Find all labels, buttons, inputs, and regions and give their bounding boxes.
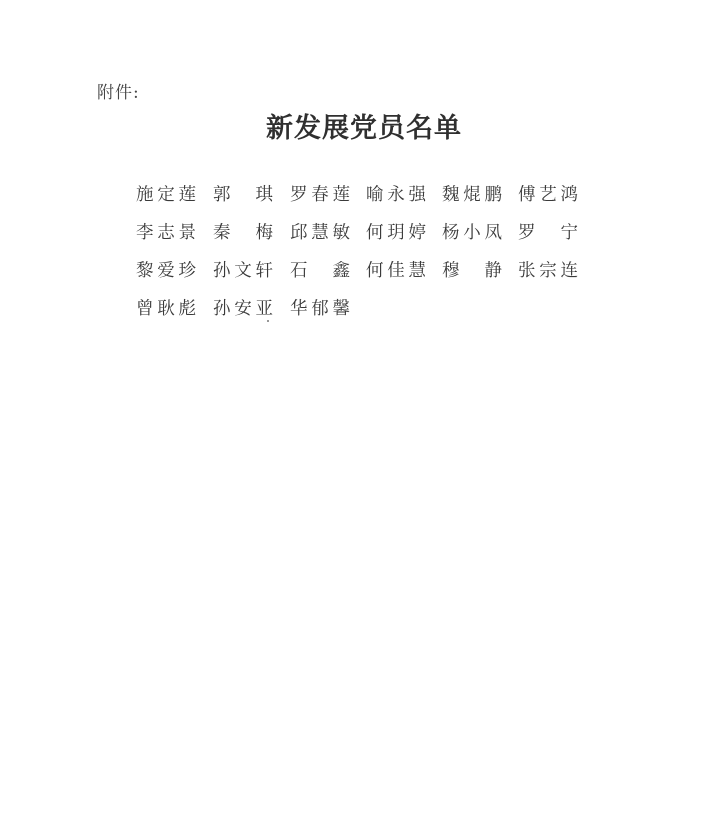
member-name: 何佳慧 (366, 257, 426, 282)
member-name: 曾耿彪 (136, 295, 196, 320)
member-name: 黎爱珍 (136, 257, 196, 282)
member-name: 何玥婷 (366, 219, 426, 244)
member-name: 郭琪 (213, 181, 273, 206)
member-name: 秦梅 (213, 219, 273, 244)
member-name: 杨小凤 (442, 219, 502, 244)
member-name: 石鑫 (290, 257, 350, 282)
member-name: 孙文轩 (213, 257, 273, 282)
member-name: 喻永强 (366, 181, 426, 206)
member-name: 华郁馨 (290, 295, 350, 320)
member-name: 罗春莲 (290, 181, 350, 206)
document-title: 新发展党员名单 (0, 106, 712, 145)
attachment-label: 附件: (97, 78, 140, 103)
member-name: 孙安亚 (213, 295, 273, 320)
member-name: 罗宁 (518, 219, 578, 244)
member-name: 魏焜鹏 (442, 181, 502, 206)
member-name: 张宗连 (518, 257, 578, 282)
member-name: 李志景 (136, 219, 196, 244)
member-name: 施定莲 (136, 181, 196, 206)
scan-speck (267, 320, 269, 322)
member-name: 穆静 (442, 257, 502, 282)
member-name: 邱慧敏 (290, 219, 350, 244)
member-name: 傅艺鸿 (518, 181, 578, 206)
